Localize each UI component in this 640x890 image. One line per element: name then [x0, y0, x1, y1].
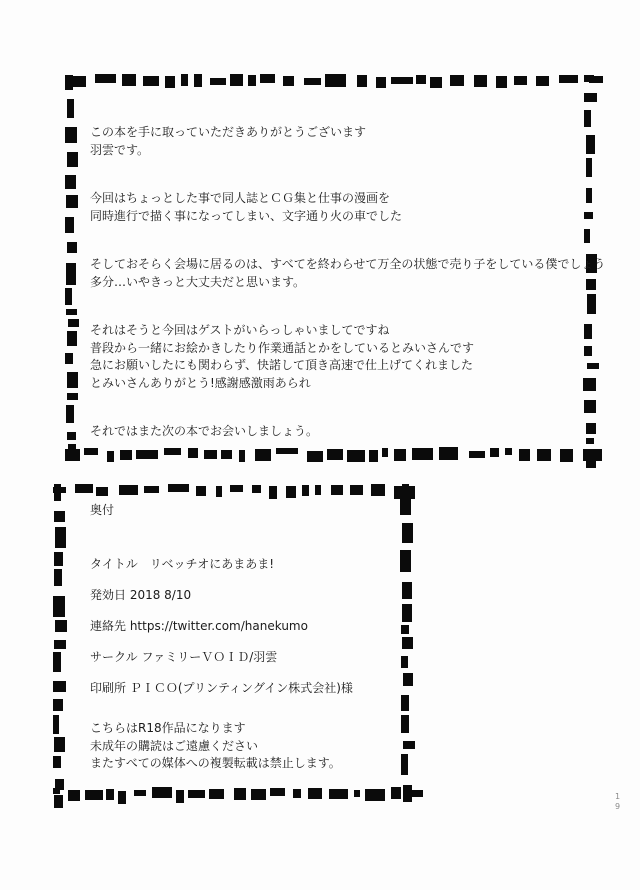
border-dash: [586, 188, 593, 203]
afterword-line: 急にお願いしたにも関わらず、快諾して頂き高速で仕上げてくれました: [90, 357, 584, 375]
border-dash: [67, 432, 75, 440]
border-dash: [269, 486, 277, 498]
border-dash: [168, 484, 189, 492]
border-dash: [55, 620, 67, 631]
afterword-closing-line: それではまた次の本でお会いしましょう。: [90, 423, 584, 441]
dashed-border-left: [52, 483, 67, 802]
border-dash: [331, 485, 343, 495]
colophon-entry-title: タイトル リベッチオにあまあま!: [90, 555, 404, 573]
afterword-line: それはそうと今回はゲストがいらっしゃいましてですね: [90, 322, 584, 340]
border-dash: [55, 527, 66, 548]
border-dash: [67, 152, 78, 167]
border-dash: [54, 552, 63, 566]
border-dash: [416, 75, 426, 84]
border-dash: [283, 76, 294, 86]
afterword-line: とみいさんありがとう!感謝感激雨あられ: [90, 375, 584, 393]
dashed-border-bottom: [52, 787, 414, 802]
border-dash: [65, 75, 73, 90]
border-dash: [584, 229, 590, 244]
border-dash: [325, 74, 346, 87]
afterword-line: この本を手に取っていただきありがとうございます: [90, 124, 584, 142]
border-dash: [53, 681, 66, 692]
colophon-entry-issue-date: 発効日 2018 8/10: [90, 586, 404, 604]
border-dash: [96, 487, 108, 496]
dashed-border-bottom: [64, 447, 598, 462]
border-dash: [143, 76, 159, 85]
border-dash: [119, 485, 138, 495]
colophon-notice: こちらはR18作品になります 未成年の購読はご遠慮ください またすべての媒体への…: [90, 720, 404, 773]
border-dash: [66, 309, 77, 315]
border-dash: [66, 405, 74, 423]
border-dash: [75, 484, 92, 493]
border-dash: [354, 790, 360, 798]
border-dash: [66, 195, 78, 207]
border-dash: [394, 449, 407, 461]
border-dash: [65, 127, 77, 142]
border-dash: [357, 75, 367, 87]
colophon-entry-circle: サークル ファミリーＶＯＩＤ/羽雲: [90, 648, 404, 666]
border-dash: [584, 324, 592, 339]
border-dash: [230, 74, 244, 86]
afterword-text: この本を手に取っていただきありがとうございます 羽雲です。 今回はちょっとした事…: [90, 124, 584, 441]
border-dash: [402, 484, 409, 495]
border-dash: [54, 640, 65, 649]
border-dash: [584, 110, 592, 127]
border-dash: [216, 486, 222, 497]
border-dash: [136, 450, 158, 459]
border-dash: [304, 78, 321, 86]
border-dash: [209, 789, 224, 800]
colophon-heading: 奥付: [90, 501, 404, 519]
colophon-box: 奥付 タイトル リベッチオにあまあま! 発効日 2018 8/10 連絡先 ht…: [52, 483, 414, 802]
border-dash: [308, 788, 322, 798]
border-dash: [120, 450, 132, 460]
border-dash: [68, 319, 79, 328]
border-dash: [251, 789, 266, 800]
afterword-line: 今回はちょっとした事で同人誌とＣＧ集と仕事の漫画を: [90, 190, 584, 208]
border-dash: [369, 450, 378, 462]
border-dash: [391, 77, 412, 84]
border-dash: [239, 450, 245, 462]
border-dash: [54, 795, 63, 808]
notice-line: こちらはR18作品になります: [90, 720, 404, 738]
afterword-line: 羽雲です。: [90, 142, 584, 160]
border-dash: [181, 74, 188, 85]
border-dash: [95, 74, 116, 83]
border-dash: [165, 76, 174, 88]
border-dash: [587, 363, 599, 369]
border-dash: [134, 790, 147, 796]
border-dash: [365, 789, 386, 801]
border-dash: [474, 75, 486, 87]
border-dash: [315, 485, 321, 495]
border-dash: [204, 450, 217, 459]
colophon-entry-contact: 連絡先 https://twitter.com/hanekumo: [90, 617, 404, 635]
border-dash: [583, 378, 596, 391]
border-dash: [382, 448, 388, 457]
afterword-paragraph: この本を手に取っていただきありがとうございます 羽雲です。: [90, 124, 584, 159]
border-dash: [122, 74, 136, 86]
notice-line: 未成年の購読はご遠慮ください: [90, 738, 404, 756]
border-dash: [430, 77, 442, 89]
border-dash: [67, 99, 74, 118]
border-dash: [53, 756, 60, 768]
border-dash: [307, 451, 323, 462]
colophon-entry-printer: 印刷所 ＰＩＣＯ(プリンティングイン株式会社)様: [90, 679, 404, 697]
border-dash: [469, 451, 484, 459]
border-dash: [255, 449, 271, 460]
border-dash: [584, 212, 593, 220]
border-dash: [371, 484, 386, 496]
border-dash: [347, 450, 365, 462]
notice-line: またすべての媒体への複製転載は禁止します。: [90, 755, 404, 773]
border-dash: [152, 787, 172, 798]
border-dash: [260, 74, 275, 83]
border-dash: [584, 400, 596, 413]
border-dash: [67, 372, 78, 389]
border-dash: [107, 451, 114, 462]
border-dash: [490, 448, 499, 457]
afterword-line: 同時進行で描く事になってしまい、文字通り火の車でした: [90, 208, 584, 226]
border-dash: [106, 789, 114, 800]
border-dash: [519, 449, 530, 461]
border-dash: [230, 485, 243, 492]
border-dash: [118, 791, 125, 804]
border-dash: [536, 76, 549, 86]
border-dash: [286, 486, 296, 498]
dashed-border-top: [52, 483, 414, 498]
border-dash: [412, 448, 433, 460]
border-dash: [68, 790, 80, 801]
border-dash: [84, 448, 98, 455]
afterword-paragraph: そしておそらく会場に居るのは、すべてを終わらせて万全の状態で売り子をしている僕で…: [90, 256, 584, 291]
border-dash: [65, 175, 76, 190]
border-dash: [176, 790, 183, 802]
afterword-paragraph: それはそうと今回はゲストがいらっしゃいましてですね 普段から一緒にお絵かきしたり…: [90, 322, 584, 392]
border-dash: [210, 78, 226, 85]
border-dash: [586, 279, 596, 291]
border-dash: [188, 790, 206, 798]
border-dash: [584, 75, 594, 82]
border-dash: [276, 448, 297, 455]
afterword-paragraph: それではまた次の本でお会いしましょう。: [90, 423, 584, 441]
border-dash: [450, 75, 464, 85]
border-dash: [248, 75, 255, 86]
border-dash: [376, 77, 386, 87]
colophon-text: 奥付 タイトル リベッチオにあまあま! 発効日 2018 8/10 連絡先 ht…: [90, 501, 404, 773]
border-dash: [302, 485, 310, 496]
border-dash: [514, 76, 526, 85]
border-dash: [196, 486, 206, 496]
border-dash: [559, 75, 578, 82]
border-dash: [329, 789, 348, 798]
border-dash: [54, 511, 65, 522]
border-dash: [164, 448, 181, 455]
border-dash: [67, 393, 78, 400]
border-dash: [537, 449, 551, 460]
border-dash: [252, 485, 261, 493]
border-dash: [65, 217, 74, 233]
scanned-page: この本を手に取っていただきありがとうございます 羽雲です。 今回はちょっとした事…: [0, 0, 640, 890]
border-dash: [327, 449, 343, 459]
border-dash: [586, 135, 595, 154]
border-dash: [403, 673, 413, 686]
afterword-paragraph: 今回はちょっとした事で同人誌とＣＧ集と仕事の漫画を 同時進行で描く事になってしま…: [90, 190, 584, 225]
border-dash: [350, 485, 363, 495]
border-dash: [53, 652, 61, 672]
afterword-line: 多分…いやきっと大丈夫だと思います。: [90, 274, 584, 292]
border-dash: [586, 423, 596, 434]
border-dash: [584, 346, 593, 356]
dashed-border-top: [64, 74, 598, 89]
border-dash: [587, 294, 596, 314]
border-dash: [403, 785, 413, 802]
border-dash: [584, 93, 597, 101]
border-dash: [65, 288, 72, 304]
afterword-line: 普段から一緒にお絵かきしたり作業通話とかをしているとみいさんです: [90, 340, 584, 358]
border-dash: [221, 450, 232, 459]
border-dash: [54, 569, 62, 585]
border-dash: [53, 699, 63, 710]
border-dash: [53, 596, 65, 618]
border-dash: [586, 158, 592, 177]
border-dash: [55, 779, 65, 790]
border-dash: [560, 449, 574, 462]
border-dash: [496, 76, 507, 88]
border-dash: [293, 789, 301, 798]
page-number: 19: [613, 792, 622, 812]
border-dash: [68, 444, 76, 458]
border-dash: [586, 449, 596, 468]
border-dash: [270, 788, 285, 796]
border-dash: [54, 737, 65, 752]
dashed-border-left: [64, 74, 79, 462]
afterword-line: そしておそらく会場に居るのは、すべてを終わらせて万全の状態で売り子をしている僕で…: [90, 256, 584, 274]
border-dash: [194, 74, 202, 87]
border-dash: [234, 788, 246, 800]
afterword-box: この本を手に取っていただきありがとうございます 羽雲です。 今回はちょっとした事…: [64, 74, 598, 462]
border-dash: [505, 448, 512, 455]
border-dash: [65, 353, 72, 364]
border-dash: [188, 448, 198, 457]
border-dash: [67, 242, 78, 254]
border-dash: [144, 486, 159, 494]
border-dash: [54, 484, 61, 501]
border-dash: [67, 331, 77, 346]
border-dash: [439, 447, 458, 460]
border-dash: [403, 741, 416, 749]
border-dash: [586, 438, 594, 444]
border-dash: [53, 715, 60, 733]
border-dash: [85, 790, 102, 800]
border-dash: [66, 263, 76, 285]
